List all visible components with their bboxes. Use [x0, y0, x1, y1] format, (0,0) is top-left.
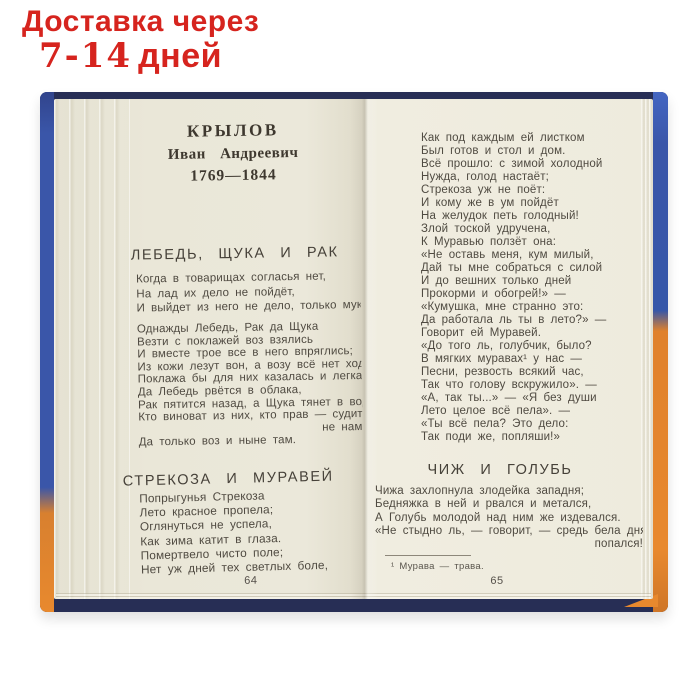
- poem-line: Был готов и стол и дом.: [421, 145, 653, 158]
- poem-line: Бедняжка в ней и рвался и метался,: [375, 498, 643, 511]
- footnote-divider: [385, 555, 471, 556]
- poem-stanza: Однажды Лебедь, Рак да ЩукаВезти с покла…: [137, 320, 363, 449]
- poem-line: Всё прошло: с зимой холодной: [421, 158, 653, 171]
- poem-line: И кому же в ум пойдёт: [421, 197, 653, 210]
- page-number-right: 65: [395, 575, 599, 587]
- poem-line: Так поди же, попляши!»: [421, 431, 653, 444]
- poem-line: Как под каждым ей листком: [421, 132, 653, 145]
- delivery-days-number: 7-14: [39, 36, 132, 76]
- author-heading: КРЫЛОВ Иван Андреевич 1769—1844: [108, 119, 359, 187]
- poem-line: И выйдет из него не дело, только мука.: [136, 298, 360, 316]
- poem-line: Дай ты мне собраться с силой: [421, 262, 653, 275]
- poem-line: «А, так ты...» — «Я без души: [421, 392, 653, 405]
- poem-title-chizh-golub: ЧИЖ И ГОЛУБЬ: [385, 462, 615, 478]
- poem-line: Да работала ль ты в лето?» —: [421, 314, 653, 327]
- poem-line: К Муравью ползёт она:: [421, 236, 653, 249]
- author-name: КРЫЛОВ: [108, 119, 358, 143]
- poem-line: Стрекоза уж не поёт:: [421, 184, 653, 197]
- author-patronymic: Иван Андреевич: [108, 144, 358, 165]
- delivery-banner-line1: Доставка через: [22, 6, 259, 38]
- poem-stanza: Попрыгунья СтрекозаЛето красное пропела;…: [139, 486, 365, 577]
- footnote: ¹ Мурава — трава.: [391, 561, 484, 572]
- poem-line: В мягких муравах¹ у нас —: [421, 353, 653, 366]
- poem-line: А Голубь молодой над ним же издевался.: [375, 512, 643, 525]
- left-page: КРЫЛОВ Иван Андреевич 1769—1844 ЛЕБЕДЬ, …: [54, 99, 377, 599]
- open-book: КРЫЛОВ Иван Андреевич 1769—1844 ЛЕБЕДЬ, …: [40, 92, 668, 612]
- poem-line: «Кумушка, мне странно это:: [421, 301, 653, 314]
- poem-line: Чижа захлопнула злодейка западня;: [375, 485, 643, 498]
- poem-line: На желудок петь голодный!: [421, 210, 653, 223]
- poem-line: И до вешних только дней: [421, 275, 653, 288]
- poem-line: Злой тоской удручена,: [421, 223, 653, 236]
- poem-title-lebed-shchuka-rak: ЛЕБЕДЬ, ЩУКА И РАК: [110, 244, 360, 264]
- book-cover-left-edge: [40, 92, 54, 612]
- poem-line: «Ты всё пела? Это дело:: [421, 418, 653, 431]
- delivery-banner-line2: 7-14дней: [39, 39, 259, 75]
- poem-line: Лето целое всё пела». —: [421, 405, 653, 418]
- book-cover-right-edge: [653, 92, 668, 612]
- poem-stanza: Как под каждым ей листкомБыл готов и сто…: [421, 132, 653, 444]
- page-number-left: 64: [141, 573, 361, 588]
- delivery-banner: Доставка через 7-14дней: [22, 6, 259, 74]
- poem-line: попался!: [375, 538, 643, 551]
- poem-line: «До того ль, голубчик, было?: [421, 340, 653, 353]
- book-pages: КРЫЛОВ Иван Андреевич 1769—1844 ЛЕБЕДЬ, …: [54, 99, 653, 599]
- poem-line: Говорит ей Муравей.: [421, 327, 653, 340]
- right-page: Как под каждым ей листкомБыл готов и сто…: [395, 99, 653, 599]
- poem-line: «Не оставь меня, кум милый,: [421, 249, 653, 262]
- poem-stanza: Когда в товарищах согласья нет,На лад их…: [136, 269, 361, 316]
- poem-line: «Не стыдно ль, — говорит, — средь бела д…: [375, 525, 643, 538]
- delivery-days-word: дней: [138, 37, 222, 75]
- poem-line: Нужда, голод настаёт;: [421, 171, 653, 184]
- author-years: 1769—1844: [108, 165, 358, 187]
- poem-line: Да только воз и ныне там.: [139, 433, 363, 449]
- poem-line: Песни, резвость всякий час,: [421, 366, 653, 379]
- poem-stanza: Чижа захлопнула злодейка западня;Бедняжк…: [375, 485, 643, 551]
- poem-line: Прокорми и обогрей!» —: [421, 288, 653, 301]
- product-photo: Доставка через 7-14дней КРЫЛОВ Иван Андр…: [0, 0, 700, 700]
- poem-line: Так что голову вскружило». —: [421, 379, 653, 392]
